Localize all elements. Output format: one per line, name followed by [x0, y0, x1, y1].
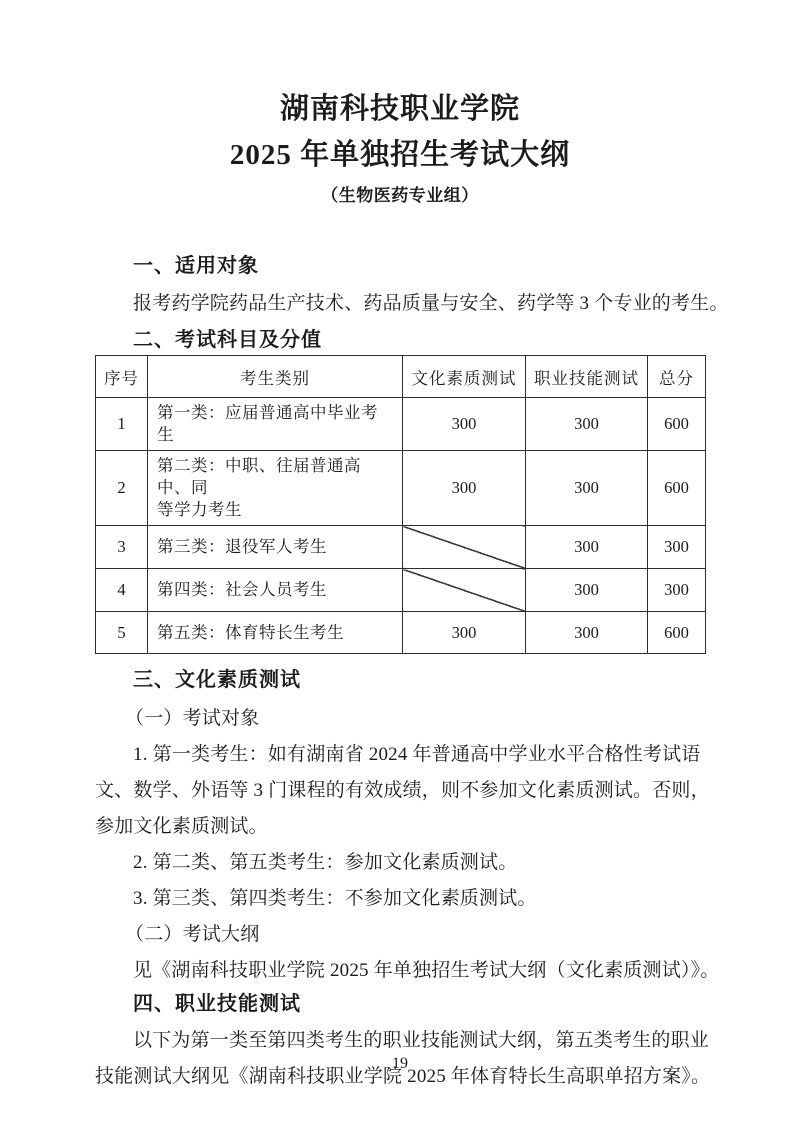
header-total: 总分: [648, 356, 706, 398]
section3-item1-line1: 1. 第一类考生：如有湖南省 2024 年普通高中学业水平合格性考试语: [95, 737, 705, 773]
header-culture-test: 文化素质测试: [403, 356, 526, 398]
skill-score-cell: 300: [526, 569, 648, 612]
total-score-cell: 600: [648, 451, 706, 526]
section3-item1-line3: 参加文化素质测试。: [95, 809, 705, 845]
doc-title-line1: 湖南科技职业学院: [95, 92, 705, 126]
header-skill-test: 职业技能测试: [526, 356, 648, 398]
score-table: 序号 考生类别 文化素质测试 职业技能测试 总分 1第一类：应届普通高中毕业考生…: [95, 355, 706, 654]
seq-cell: 4: [96, 569, 148, 612]
culture-score-cell: [403, 569, 526, 612]
section1-heading: 一、适用对象: [95, 253, 705, 279]
section3-item2: 2. 第二类、第五类考生：参加文化素质测试。: [95, 845, 705, 881]
culture-score-cell: [403, 526, 526, 569]
table-row: 2第二类：中职、往届普通高中、同 等学力考生300300600: [96, 451, 706, 526]
section3-sub2-heading: （二）考试大纲: [95, 917, 705, 953]
header-category: 考生类别: [148, 356, 403, 398]
culture-score-cell: 300: [403, 451, 526, 526]
doc-title-line2: 2025 年单独招生考试大纲: [95, 138, 705, 172]
category-cell: 第五类：体育特长生考生: [148, 612, 403, 654]
category-cell: 第二类：中职、往届普通高中、同 等学力考生: [148, 451, 403, 526]
skill-score-cell: 300: [526, 612, 648, 654]
section3-item1-line2: 文、数学、外语等 3 门课程的有效成绩，则不参加文化素质测试。否则，: [95, 773, 705, 809]
total-score-cell: 300: [648, 526, 706, 569]
seq-cell: 1: [96, 398, 148, 451]
score-table-body: 1第一类：应届普通高中毕业考生3003006002第二类：中职、往届普通高中、同…: [96, 398, 706, 654]
document-page: 湖南科技职业学院 2025 年单独招生考试大纲 （生物医药专业组） 一、适用对象…: [0, 0, 800, 1131]
header-seq: 序号: [96, 356, 148, 398]
section1-body: 报考药学院药品生产技术、药品质量与安全、药学等 3 个专业的考生。: [95, 291, 705, 317]
table-row: 1第一类：应届普通高中毕业考生300300600: [96, 398, 706, 451]
skill-score-cell: 300: [526, 398, 648, 451]
culture-score-cell: 300: [403, 398, 526, 451]
seq-cell: 5: [96, 612, 148, 654]
page-number: 19: [0, 1054, 800, 1074]
seq-cell: 3: [96, 526, 148, 569]
culture-score-cell: 300: [403, 612, 526, 654]
category-cell: 第三类：退役军人考生: [148, 526, 403, 569]
table-header-row: 序号 考生类别 文化素质测试 职业技能测试 总分: [96, 356, 706, 398]
total-score-cell: 600: [648, 612, 706, 654]
section3-item3: 3. 第三类、第四类考生：不参加文化素质测试。: [95, 881, 705, 917]
skill-score-cell: 300: [526, 451, 648, 526]
table-row: 3第三类：退役军人考生300300: [96, 526, 706, 569]
total-score-cell: 300: [648, 569, 706, 612]
table-row: 5第五类：体育特长生考生300300600: [96, 612, 706, 654]
skill-score-cell: 300: [526, 526, 648, 569]
section3-sub2-body: 见《湖南科技职业学院 2025 年单独招生考试大纲（文化素质测试）》。: [95, 953, 705, 989]
section3-heading: 三、文化素质测试: [95, 667, 705, 693]
doc-subtitle: （生物医药专业组）: [95, 185, 705, 207]
seq-cell: 2: [96, 451, 148, 526]
category-cell: 第一类：应届普通高中毕业考生: [148, 398, 403, 451]
total-score-cell: 600: [648, 398, 706, 451]
section3-sub1-heading: （一）考试对象: [95, 701, 705, 737]
table-row: 4第四类：社会人员考生300300: [96, 569, 706, 612]
section2-heading: 二、考试科目及分值: [95, 327, 705, 353]
category-cell: 第四类：社会人员考生: [148, 569, 403, 612]
section4-heading: 四、职业技能测试: [95, 991, 705, 1017]
